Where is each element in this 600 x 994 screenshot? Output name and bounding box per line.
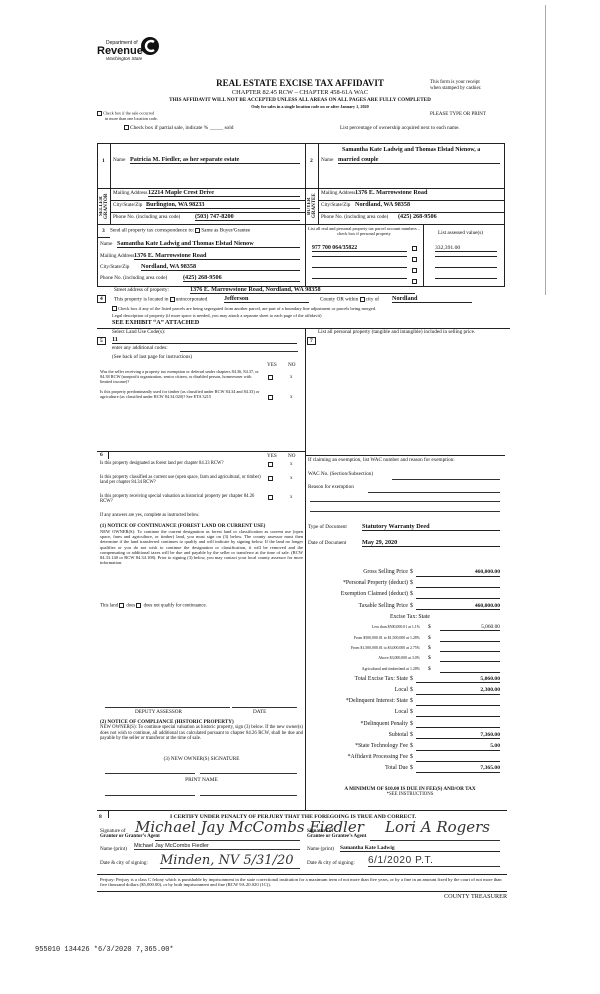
seller-name-field[interactable]: Patricia M. Fiedler, as her separate est… (130, 156, 300, 164)
seller-phone-field[interactable]: (503) 747-8200 (195, 213, 300, 221)
land-use-code-field[interactable]: 11 (112, 336, 297, 344)
seller-phone-label: Phone No. (including area code) (113, 215, 180, 221)
buyer-mailing-field[interactable]: 1376 E. Marrowstone Road (355, 189, 500, 196)
seller-mailing-label: Mailing Address (113, 191, 147, 197)
correspondence-section-number: 3 (102, 228, 105, 234)
grantee-signature[interactable]: Lori A Rogers (385, 818, 490, 836)
document-type-field[interactable]: Statutory Warranty Deed (362, 523, 500, 531)
tax-label: Gross Selling Price (300, 569, 408, 576)
multi-location-label-2: in more than one location code. (105, 117, 158, 122)
grantor-date-label: Date & city of signing: (100, 861, 148, 867)
tax-bracket-label: Agricultural and timberland at 1.28% (300, 667, 420, 671)
grantee-name-label: Name (print) (307, 847, 334, 853)
currency-symbol: $ (410, 580, 413, 587)
land-use-question: Was the seller receiving a property tax … (100, 370, 262, 385)
currency-symbol: $ (428, 666, 431, 672)
exemption-label: If claiming an exemption, list WAC numbe… (308, 458, 455, 464)
print-name-label: PRINT NAME (100, 777, 303, 783)
tax-value-field[interactable]: 460,000.00 (416, 603, 500, 611)
currency-symbol: $ (410, 754, 413, 761)
segregated-checkbox[interactable] (112, 306, 117, 311)
section6-yes-header: YES (267, 454, 277, 460)
currency-symbol: $ (410, 698, 413, 705)
new-owner-signature-label: (3) NEW OWNER(S) SIGNATURE (100, 757, 303, 763)
city-of-checkbox[interactable] (360, 297, 365, 302)
parcel-number-field[interactable] (312, 267, 407, 268)
deputy-assessor-label: DEPUTY ASSESSOR (135, 710, 182, 716)
tax-bracket-label: Above $3,000,000 at 3.0% (300, 656, 420, 660)
section6-yes-checkbox[interactable] (268, 495, 273, 500)
currency-symbol: $ (410, 709, 413, 716)
correspondence-mailing-field[interactable]: 1376 E. Marrowstone Road (134, 252, 300, 260)
currency-symbol: $ (410, 591, 413, 598)
personal-property-label: List all personal property (tangible and… (318, 330, 498, 336)
correspondence-label: Send all property tax correspondence to:… (110, 228, 250, 235)
tax-label: *Delinquent Penalty (300, 721, 408, 728)
see-instructions-note: *SEE INSTRUCTIONS (310, 792, 510, 798)
currency-symbol: $ (410, 743, 413, 750)
compliance-body: NEW OWNER(S): To continue special valuat… (100, 725, 303, 742)
document-date-field[interactable]: May 29, 2020 (362, 539, 500, 547)
located-in-row: This property is located in unincorporat… (114, 297, 207, 304)
segregated-row: Check box if any of the listed parcels a… (112, 306, 376, 311)
assessed-header: List assessed value(s) (438, 231, 483, 237)
assessed-value-field[interactable] (435, 267, 497, 268)
dor-swirl-logo-icon (140, 36, 160, 56)
section6-yes-checkbox[interactable] (268, 476, 273, 481)
property-section-number: 4 (97, 287, 106, 305)
seller-name-label: Name (113, 158, 125, 164)
tax-label: *Personal Property (deduct) (300, 580, 408, 587)
tax-label: Taxable Selling Price (300, 603, 408, 610)
section6-question: Is this property receiving special valua… (100, 494, 262, 505)
buyer-side-label: BUYERGRANTEE (307, 188, 317, 224)
buyer-section-number: 2 (310, 158, 313, 164)
seller-city-label: City/State/Zip (113, 203, 142, 209)
perjury-notice: Perjury: Perjury is a class C felony whi… (100, 877, 505, 888)
tax-label: *State Technology Fee (300, 743, 408, 750)
partial-sale-label: Check box if partial sale, indicate % __… (130, 125, 233, 131)
assessed-value-field[interactable] (435, 278, 497, 279)
multi-location-label-1: Check box if the sale occurred (103, 110, 154, 115)
exemption-reason-label: Reason for exemption (308, 485, 354, 491)
logo-state: Washington State (106, 56, 157, 61)
correspondence-city-label: City/State/Zip (100, 265, 129, 271)
same-as-buyer-checkbox[interactable] (195, 228, 200, 233)
currency-symbol: $ (428, 655, 431, 661)
section6-no-answer[interactable]: x (290, 495, 293, 501)
land-use-yes-checkbox[interactable] (268, 375, 273, 380)
buyer-mailing-label: Mailing Address (321, 191, 355, 197)
parcel-number-field[interactable] (312, 278, 407, 279)
land-use-question: Is this property predominantly used for … (100, 390, 262, 400)
currency-symbol: $ (410, 721, 413, 728)
county-or-city: County OR within city of (320, 297, 379, 304)
buyer-name-label: Name (321, 158, 333, 164)
tax-label: Exemption Claimed (deduct) (300, 591, 408, 598)
form-only-for: Only for sales in a single location code… (210, 104, 410, 109)
tax-bracket-value[interactable]: 5,060.00 (440, 624, 500, 631)
correspondence-phone-label: Phone No. (including area code) (100, 276, 167, 282)
tax-value-field[interactable]: 5,060.00 (416, 676, 500, 684)
tax-label: Total Due (300, 765, 408, 772)
unincorporated-checkbox[interactable] (170, 297, 175, 302)
tax-value-field[interactable]: 7,360.00 (416, 732, 500, 740)
seller-mailing-field[interactable]: 12214 Maple Crest Drive (148, 189, 300, 197)
tax-bracket-value[interactable] (440, 666, 500, 673)
tax-value-field[interactable]: 2,300.00 (416, 687, 500, 695)
grantee-print-name-field[interactable]: Samantha Kate Ladwig (340, 845, 500, 852)
tax-value-field[interactable] (416, 709, 500, 717)
section6-no-answer[interactable]: x (290, 462, 293, 468)
section6-question: Is this property classified as current u… (100, 475, 262, 486)
tax-heading: Excise Tax: State (340, 614, 430, 621)
correspondence-mailing-label: Mailing Address (100, 254, 134, 260)
certification-section-number: 8 (99, 814, 102, 820)
grantee-date-field[interactable]: 6/1/2020 P.T. (368, 855, 500, 867)
buyer-city-field[interactable]: Nordland, WA 98358 (355, 201, 500, 208)
form-warning: THIS AFFIDAVIT WILL NOT BE ACCEPTED UNLE… (130, 97, 470, 103)
tax-bracket-value[interactable] (440, 645, 500, 652)
grantor-date-field[interactable]: Minden, NV 5/31/20 (160, 853, 300, 869)
document-type-label: Type of Document (308, 525, 347, 531)
currency-symbol: $ (410, 676, 413, 683)
county-field[interactable]: Jefferson (224, 295, 309, 303)
tax-label: *Affidavit Processing Fee (300, 754, 408, 761)
section6-no-answer[interactable]: x (290, 476, 293, 482)
section6-number: 6 (100, 452, 103, 458)
partial-sale-box[interactable] (124, 125, 129, 130)
partial-sale-checkbox[interactable]: Check box if partial sale, indicate % __… (124, 125, 233, 131)
correspondence-name-field[interactable]: Samantha Kate Ladwig and Thomas Elstad N… (117, 240, 300, 248)
personal-property-checkbox[interactable] (412, 257, 417, 262)
street-address-field[interactable]: 1376 E. Marrowstone Road, Nordland, WA 9… (190, 286, 415, 294)
currency-symbol: $ (410, 603, 413, 610)
document-date-label: Date of Document (308, 541, 346, 547)
seller-section-number: 1 (102, 158, 105, 164)
form-chapter: CHAPTER 82.45 RCW – CHAPTER 458-61A WAC (190, 89, 410, 96)
legal-description-label: Legal description of property (if more s… (112, 313, 321, 318)
grantee-date-label: Date & city of signing: (307, 861, 355, 867)
does-not-qualify-checkbox[interactable] (136, 603, 141, 608)
tax-value-field[interactable] (416, 721, 500, 729)
correspondence-phone-field[interactable]: (425) 268-9506 (183, 274, 300, 282)
tax-bracket-label: From $500,000.01 to $1,500,000 at 1.28% (300, 636, 420, 640)
tax-value-field[interactable] (416, 580, 500, 588)
tax-label: Local (300, 709, 408, 716)
land-use-section-number: 5 (97, 329, 106, 347)
parcel-number-field[interactable] (312, 256, 407, 257)
section6-yes-checkbox[interactable] (268, 462, 273, 467)
personal-property-checkbox[interactable] (412, 268, 417, 273)
section7-number: 7 (307, 329, 316, 347)
correspondence-name-label: Name (100, 242, 112, 248)
seller-side-label: SELLERGRANTOR (99, 188, 109, 224)
tax-label: Local (300, 687, 408, 694)
correspondence-city-field[interactable]: Nordland, WA 98358 (141, 263, 300, 271)
tax-bracket-value[interactable] (440, 655, 500, 662)
buyer-city-label: City/State/Zip (321, 203, 350, 209)
city-field[interactable]: Nordland (392, 295, 472, 303)
receipt-note-2: when stamped by cashier. (430, 86, 481, 92)
grantor-name-label: Name (print) (100, 847, 127, 853)
wac-label: WAC No. (Section/Subsection) (308, 472, 373, 478)
continuance-qualify-row: This land does does not qualify for cont… (100, 603, 207, 609)
street-label: Street address of property: (114, 288, 169, 294)
land-use-yes-checkbox[interactable] (268, 395, 273, 400)
tax-label: *Delinquent Interest: State (300, 698, 408, 705)
page-edge-line (545, 5, 546, 295)
personal-property-checkbox[interactable] (412, 279, 417, 284)
does-qualify-checkbox[interactable] (119, 603, 124, 608)
see-back-note: (See back of last page for instructions) (112, 355, 192, 361)
tax-value-field[interactable] (416, 754, 500, 762)
additional-codes-label: enter any additional codes: (112, 346, 168, 352)
list-percentage-note: List percentage of ownership acquired ne… (340, 126, 460, 132)
multi-location-box[interactable] (97, 111, 102, 116)
grantee-signature-label-2: Grantee or Grantee’s Agent (307, 834, 366, 839)
tax-value-field[interactable] (416, 591, 500, 599)
form-title: REAL ESTATE EXCISE TAX AFFIDAVIT (190, 78, 410, 88)
tax-label: Total Excise Tax: State (300, 676, 408, 683)
tax-value-field[interactable]: 7,365.00 (416, 765, 500, 773)
tax-bracket-label: From $1,500,000.01 to $3,000,000 at 2.75… (300, 646, 420, 650)
assessed-value-field[interactable]: 332,391.00 (435, 245, 497, 252)
please-type: PLEASE TYPE OR PRINT (430, 112, 486, 118)
currency-symbol: $ (410, 687, 413, 694)
currency-symbol: $ (410, 765, 413, 772)
grantor-print-name-field[interactable]: Michael Jay McCombs Fiedler (134, 843, 300, 850)
section6-question: Is this property designated as forest la… (100, 461, 262, 466)
personal-property-checkbox[interactable] (412, 246, 417, 251)
buyer-name-line-1[interactable]: Samantha Kate Ladwig and Thomas Elstad N… (342, 147, 480, 153)
buyer-phone-label: Phone No. (including area code) (321, 215, 388, 221)
currency-symbol: $ (428, 624, 431, 630)
land-use-yes-header: YES (267, 363, 277, 369)
section6-no-header: NO (288, 454, 296, 460)
seller-city-field[interactable]: Burlington, WA 98233 (146, 201, 300, 209)
currency-symbol: $ (410, 569, 413, 576)
tax-value-field[interactable]: 5.00 (416, 743, 500, 751)
tax-value-field[interactable] (416, 698, 500, 706)
county-treasurer-label: COUNTY TREASURER (444, 893, 507, 900)
tax-bracket-value[interactable] (440, 635, 500, 642)
buyer-phone-field[interactable]: (425) 268-9506 (398, 213, 498, 220)
currency-symbol: $ (428, 635, 431, 641)
buyer-name-line-2[interactable]: married couple (338, 156, 500, 164)
land-use-no-answer[interactable]: x (290, 375, 293, 381)
parcels-header: List all real and personal property tax … (306, 226, 422, 236)
legal-description-value: SEE EXHIBIT “A” ATTACHED (112, 319, 199, 326)
currency-symbol: $ (410, 732, 413, 739)
assessor-date-label: DATE (253, 710, 266, 716)
tax-label: Subtotal (300, 732, 408, 739)
if-yes-note: If any answers are yes, complete as inst… (100, 513, 199, 518)
land-use-no-header: NO (288, 363, 296, 369)
land-use-no-answer[interactable]: x (290, 395, 293, 401)
parcel-number-field[interactable]: 977 700 064/35822 (312, 245, 407, 252)
receipt-note-1: This form is your receipt (430, 80, 480, 86)
continuance-body: NEW OWNER(S): To continue the current de… (100, 529, 303, 565)
tax-bracket-label: Less than $500,000.01 at 1.1% (300, 625, 420, 629)
receipt-stamp: 955010 134426 *6/3/2020 7,365.00* (35, 946, 174, 954)
tax-value-field[interactable]: 460,000.00 (416, 569, 500, 577)
currency-symbol: $ (428, 645, 431, 651)
assessed-value-field[interactable] (435, 256, 497, 257)
